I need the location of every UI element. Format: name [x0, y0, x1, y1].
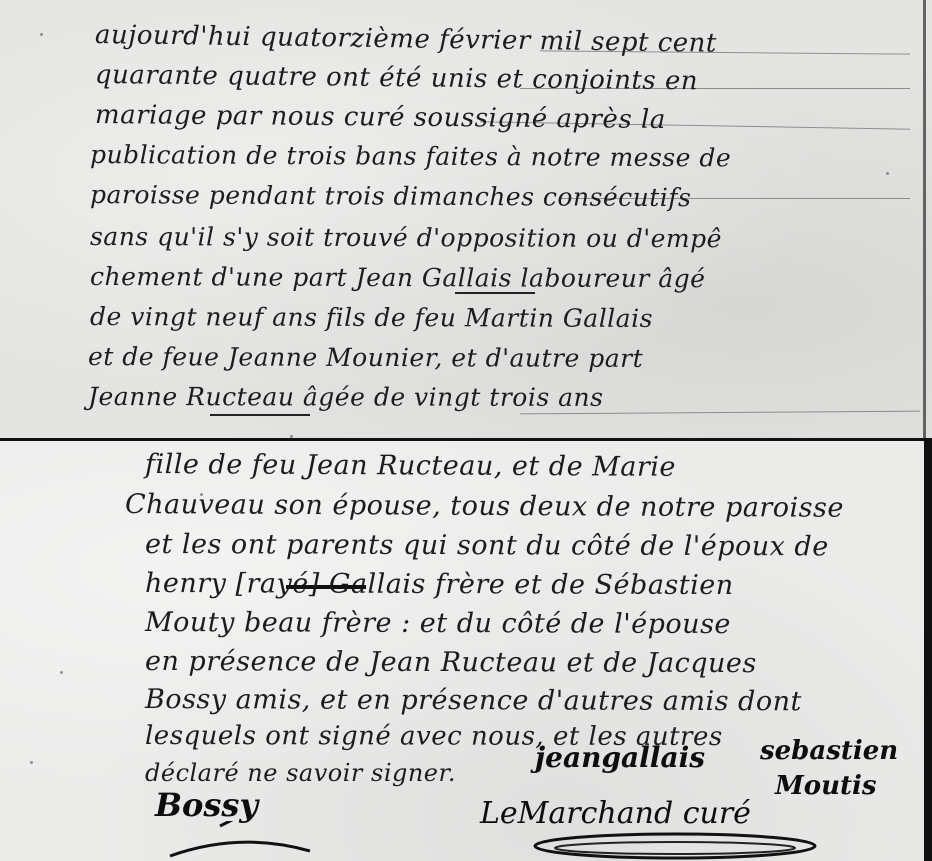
- record-line-9: et de feue Jeanne Mounier, et d'autre pa…: [88, 342, 643, 373]
- record-line-12: Chauveau son épouse, tous deux de notre …: [125, 489, 844, 524]
- name-underline-groom: [455, 292, 535, 294]
- paper-speck: [200, 493, 203, 496]
- record-line-5: paroisse pendant trois dimanches consécu…: [90, 180, 692, 212]
- strikethrough-mark: [286, 585, 366, 589]
- signature-flourish-icon: [160, 821, 320, 861]
- record-line-3: mariage par nous curé soussigné après la: [95, 100, 666, 135]
- record-line-2: quarante quatre ont été unis et conjoint…: [95, 60, 698, 96]
- paper-speck: [40, 33, 43, 36]
- record-line-11: fille de feu Jean Ructeau, et de Marie: [145, 449, 676, 483]
- record-line-10: Jeanne Ructeau âgée de vingt trois ans: [88, 382, 604, 412]
- record-line-19: déclaré ne savoir signer.: [145, 759, 456, 787]
- record-line-4: publication de trois bans faites à notre…: [90, 140, 731, 172]
- record-line-8: de vingt neuf ans fils de feu Martin Gal…: [90, 302, 653, 333]
- paper-speck: [886, 172, 889, 175]
- record-line-6: sans qu'il s'y soit trouvé d'opposition …: [90, 222, 722, 253]
- record-line-14: henry [rayé] Gallais frère et de Sébasti…: [145, 568, 734, 601]
- signature-flourish-icon: [525, 826, 825, 861]
- signature-mouty: Moutis: [775, 771, 877, 801]
- document-scan-top: aujourd'hui quatorzième février mil sept…: [0, 0, 932, 438]
- record-line-16: en présence de Jean Ructeau et de Jacque…: [145, 646, 757, 679]
- paper-speck: [60, 671, 63, 674]
- signature-sebastien: sebastien: [760, 736, 898, 766]
- paper-speck: [30, 761, 33, 764]
- record-line-7: chement d'une part Jean Gallais laboureu…: [90, 262, 706, 293]
- name-underline-bride: [210, 414, 310, 416]
- record-line-1: aujourd'hui quatorzième février mil sept…: [95, 20, 717, 59]
- signature-jean-gallais: jeangallais: [535, 741, 705, 774]
- record-line-15: Mouty beau frère : et du côté de l'épous…: [145, 607, 731, 640]
- record-line-13: et les ont parents qui sont du côté de l…: [145, 529, 829, 562]
- document-scan-bottom: fille de feu Jean Ructeau, et de Marie C…: [0, 441, 932, 861]
- record-line-17: Bossy amis, et en présence d'autres amis…: [145, 684, 802, 717]
- signature-bossy: Bossy: [155, 786, 258, 824]
